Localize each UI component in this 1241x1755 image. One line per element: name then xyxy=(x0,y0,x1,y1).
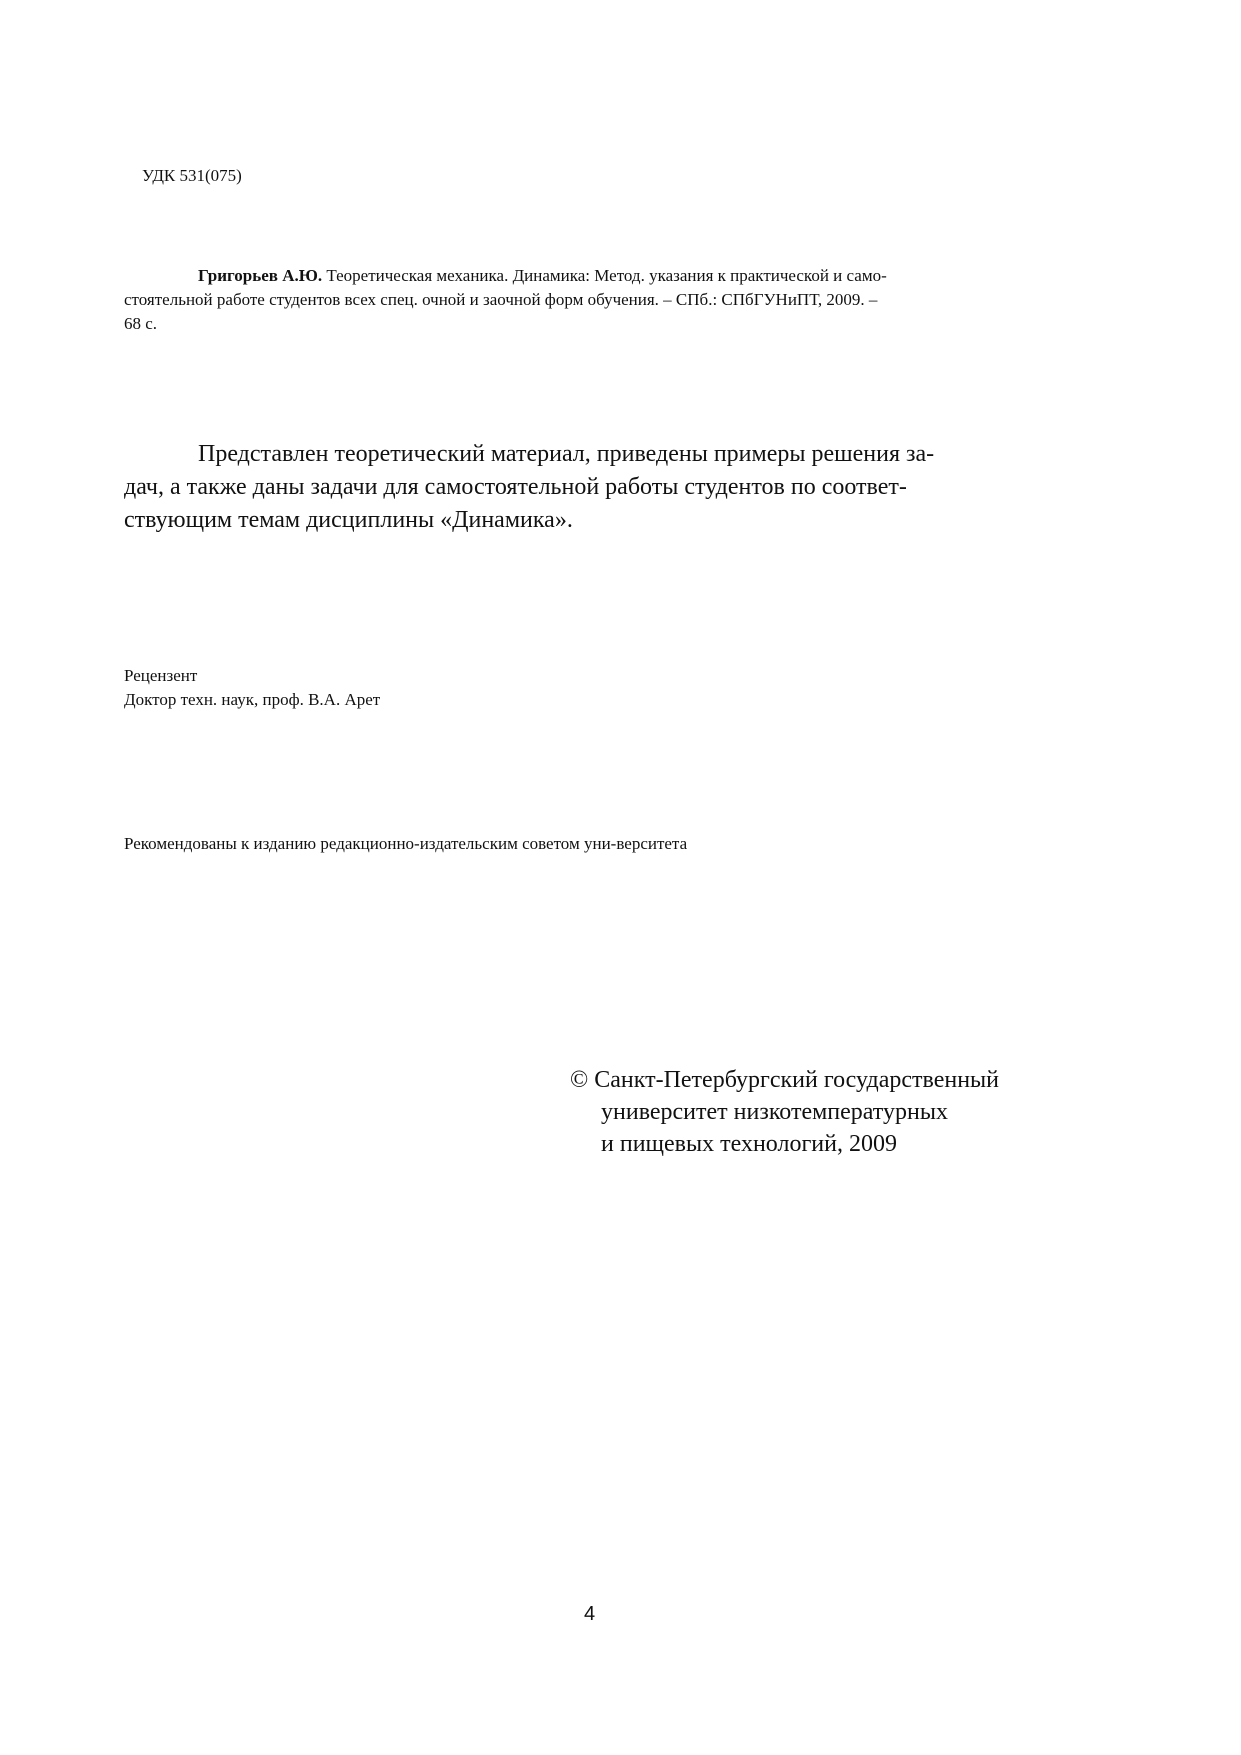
recommendation-note: Рекомендованы к изданию редакционно-изда… xyxy=(124,834,687,854)
author-name: Григорьев А.Ю. xyxy=(198,266,322,285)
copyright-block: © Санкт-Петербургский государственный ун… xyxy=(570,1064,999,1160)
abstract-line-3: ствующим темам дисциплины «Динамика». xyxy=(124,504,1054,537)
biblio-line-2: стоятельной работе студентов всех спец. … xyxy=(124,288,1054,312)
bibliographic-record: Григорьев А.Ю. Теоретическая механика. Д… xyxy=(124,264,1054,336)
biblio-line-1: Григорьев А.Ю. Теоретическая механика. Д… xyxy=(124,264,1054,288)
reviewer-label: Рецензент xyxy=(124,666,197,686)
abstract-text-1: Представлен теоретический материал, прив… xyxy=(198,441,934,467)
biblio-line-3: 68 с. xyxy=(124,312,1054,336)
abstract-line-1: Представлен теоретический материал, прив… xyxy=(124,438,1054,471)
page-number: 4 xyxy=(584,1603,595,1626)
copyright-line-1: © Санкт-Петербургский государственный xyxy=(570,1064,999,1096)
abstract-line-2: дач, а также даны задачи для самостоятел… xyxy=(124,471,1054,504)
abstract: Представлен теоретический материал, прив… xyxy=(124,438,1054,537)
copyright-line-3: и пищевых технологий, 2009 xyxy=(570,1128,999,1160)
reviewer-name: Доктор техн. наук, проф. В.А. Арет xyxy=(124,690,380,710)
udk-code: УДК 531(075) xyxy=(142,166,242,186)
copyright-line-2: университет низкотемпературных xyxy=(570,1096,999,1128)
biblio-text-1: Теоретическая механика. Динамика: Метод.… xyxy=(322,266,887,285)
